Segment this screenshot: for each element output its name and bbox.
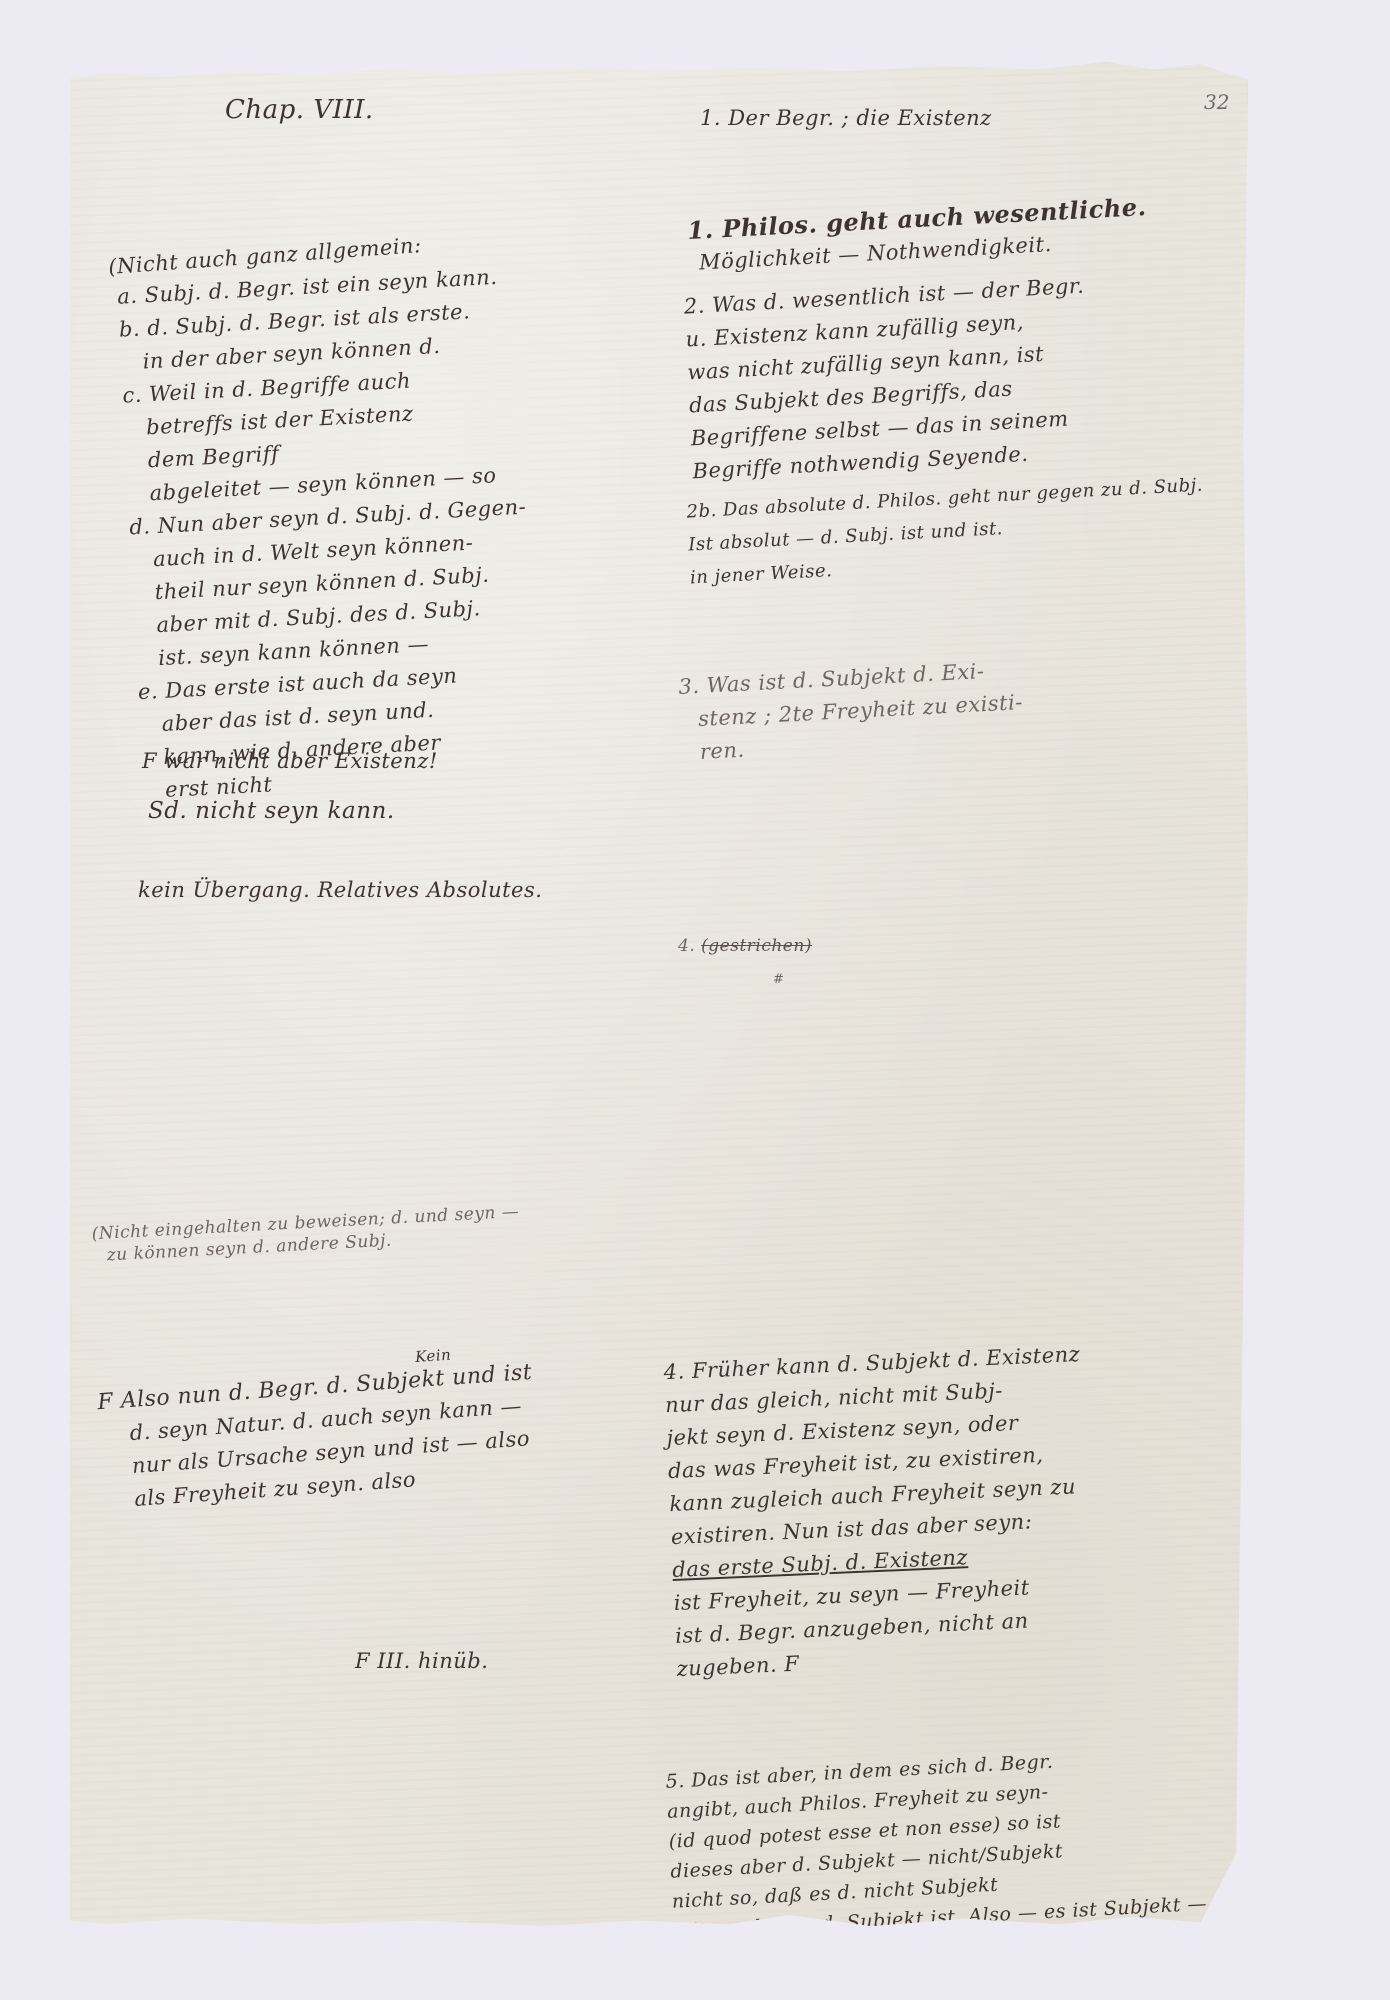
right-section-2: 2. Was d. wesentlich ist — der Begr. u. … (683, 270, 1094, 489)
manuscript-page: 32 Chap. VIII. (Nicht auch ganz allgemei… (70, 62, 1248, 1928)
left-closing-line: Sd. nicht seyn kann. (148, 795, 395, 828)
right-heading-text: 1. Der Begr. ; die Existenz (700, 102, 992, 135)
left-lower-note: (Nicht eingehalten zu beweisen; d. und s… (91, 1201, 521, 1267)
page-number: 32 (1204, 90, 1229, 114)
right-section-2b: 2b. Das absolute d. Philos. geht nur geg… (686, 469, 1207, 595)
left-signature-note: F III. hinüb. (355, 1645, 488, 1678)
remark-text: kein Übergang. Relatives Absolutes. (138, 874, 542, 907)
section-4-crossed-line: 4. (gestrichen) (678, 930, 812, 963)
left-outline-items: a. Subj. d. Begr. ist ein seyn kann. b. … (116, 260, 540, 808)
right-section-4-crossed: 4. (gestrichen) # (678, 930, 812, 996)
signature-note-text: F III. hinüb. (355, 1645, 488, 1678)
closing-line-text: Sd. nicht seyn kann. (148, 795, 395, 828)
left-remark: kein Übergang. Relatives Absolutes. (138, 874, 542, 907)
left-closing-note: F war nicht aber Existenz! (142, 745, 438, 778)
closing-note-text: F war nicht aber Existenz! (142, 745, 438, 778)
right-section-5: 5. Das ist aber, in dem es sich d. Begr.… (665, 1737, 1241, 1976)
section-4-mark: # (678, 963, 812, 996)
right-heading: 1. Der Begr. ; die Existenz (700, 102, 992, 135)
left-heading: Chap. VIII. (225, 94, 374, 127)
right-section-4: 4. Früher kann d. Subjekt d. Existenz nu… (663, 1338, 1094, 1686)
right-section-1: 1. Philos. geht auch wesentliche. Möglic… (687, 190, 1149, 280)
right-section-3: 3. Was ist d. Subjekt d. Exi- stenz ; 2t… (678, 653, 1026, 770)
section-5-line-7: zu seyn. (674, 1917, 1240, 1977)
chapter-heading: Chap. VIII. (225, 94, 374, 127)
left-bottom-block: Kein F Also nun d. Begr. d. Subjekt und … (95, 1342, 540, 1518)
